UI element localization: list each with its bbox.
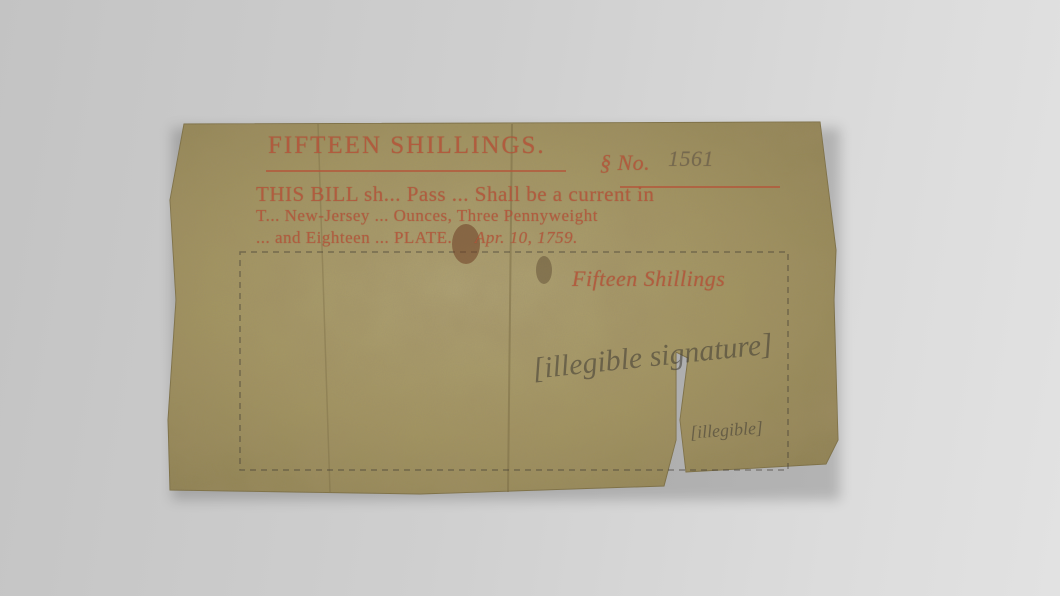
note-text-line-3-group: ... and Eighteen ... PLATE. Apr. 10, 175… [256,228,578,248]
note-header: FIFTEEN SHILLINGS. [268,132,546,160]
note-text-line-2: T... New-Jersey ... Ounces, Three Pennyw… [256,206,598,226]
banknote-paper [0,0,1060,596]
note-text-line-1: THIS BILL sh... Pass ... Shall be a curr… [256,182,654,207]
serial-number: 1561 [668,146,714,172]
note-text-line-3: ... and Eighteen ... PLATE. [256,228,452,247]
header-underline [266,170,566,172]
number-label: No. [618,150,651,175]
issue-date: Apr. 10, 1759. [475,228,578,247]
denomination-footer: Fifteen Shillings [572,266,725,292]
number-label-group: § No. [600,150,650,176]
photo-scene: FIFTEEN SHILLINGS. § No. 1561 THIS BILL … [0,0,1060,596]
section-mark: § [600,150,612,175]
